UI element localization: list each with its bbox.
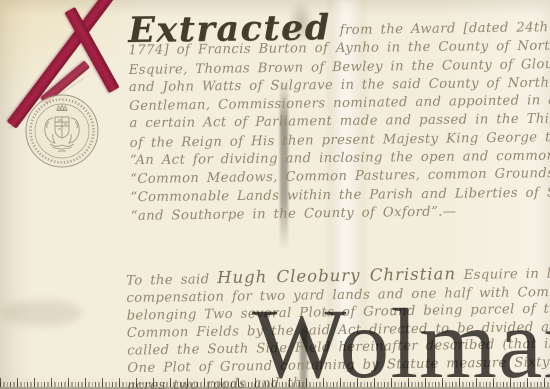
extracted-heading: Extracted — [128, 19, 331, 40]
manuscript-photo: Extractedfrom the Award [dated 24th. day… — [0, 0, 550, 389]
photo-watermark: Wolmar — [252, 294, 550, 389]
manuscript-paragraph-1: Extractedfrom the Award [dated 24th. day… — [128, 11, 550, 226]
manuscript-line-text: Esquire in lieu of a — [456, 266, 550, 284]
manuscript-line-text: To the said — [126, 272, 217, 289]
parchment-stain — [2, 300, 82, 326]
scale-ruler-major-ticks — [0, 378, 550, 387]
person-name: Hugh Cleobury Christian — [217, 264, 456, 287]
manuscript-line-text: from the Award [dated 24th. day of Sep — [340, 19, 550, 38]
royal-arms-seal-icon — [22, 91, 102, 171]
